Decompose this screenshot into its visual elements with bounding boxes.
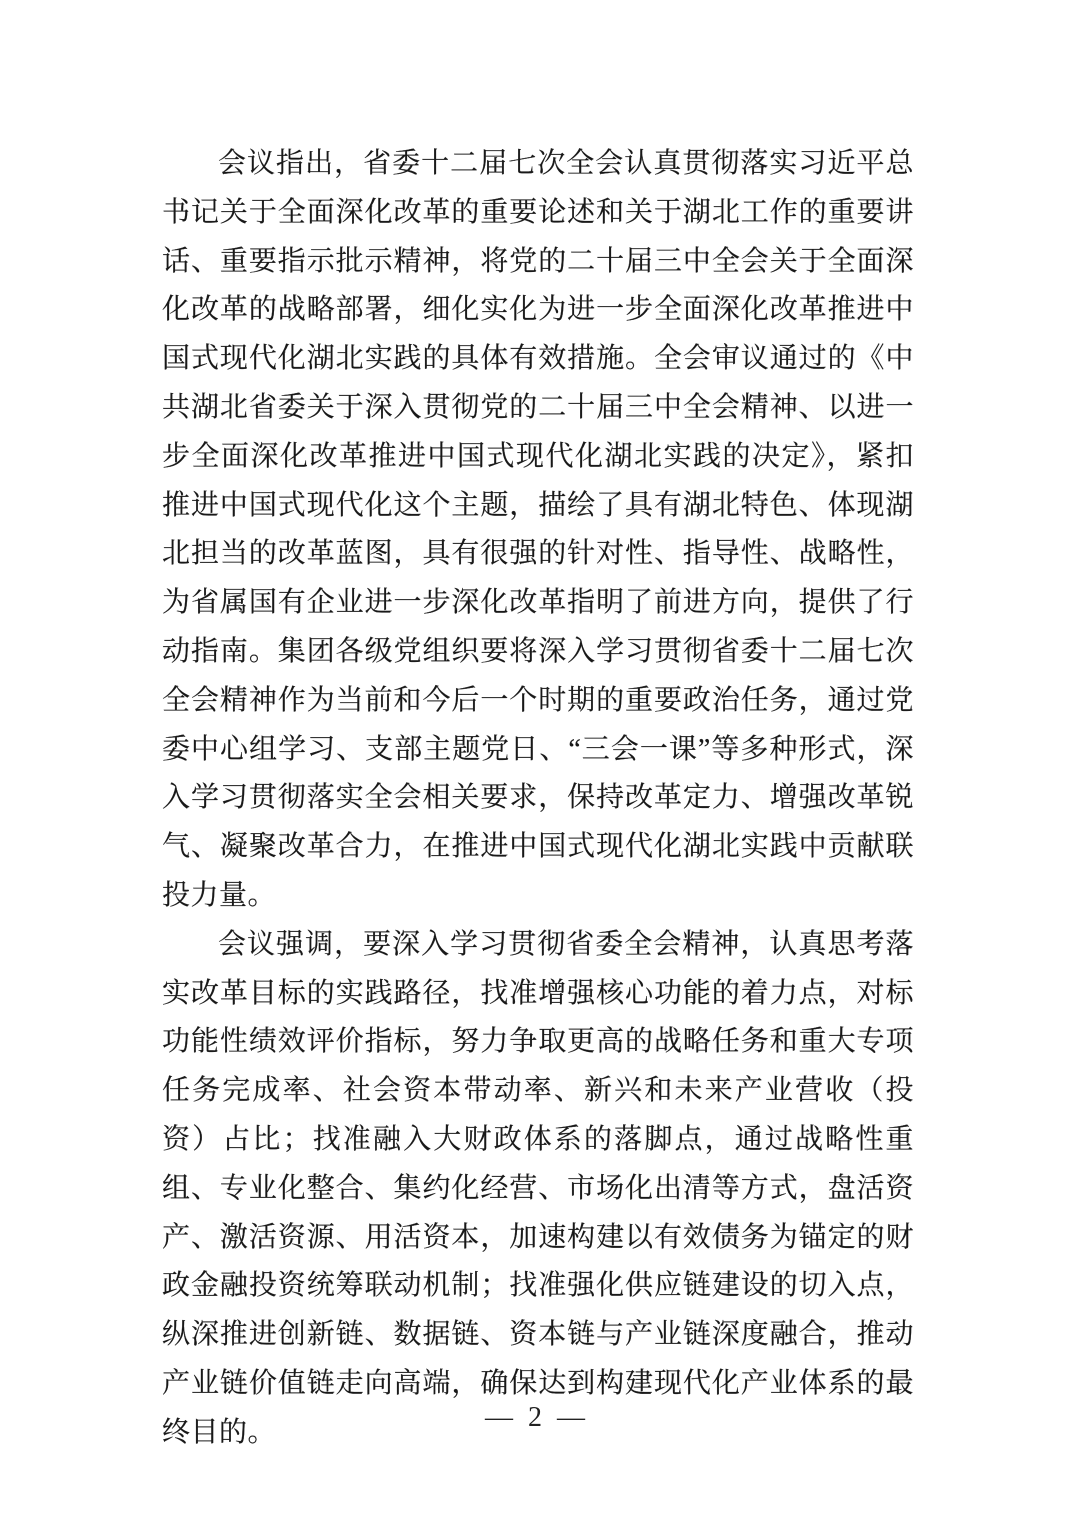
paragraph-2: 会议强调，要深入学习贯彻省委全会精神，认真思考落实改革目标的实践路径，找准增强核…	[162, 921, 914, 1458]
document-body: 会议指出，省委十二届七次全会认真贯彻落实习近平总书记关于全面深化改革的重要论述和…	[162, 140, 914, 1458]
paragraph-1: 会议指出，省委十二届七次全会认真贯彻落实习近平总书记关于全面深化改革的重要论述和…	[162, 140, 914, 921]
page-number: — 2 —	[0, 1398, 1074, 1438]
document-page: 会议指出，省委十二届七次全会认真贯彻落实习近平总书记关于全面深化改革的重要论述和…	[0, 0, 1074, 1520]
